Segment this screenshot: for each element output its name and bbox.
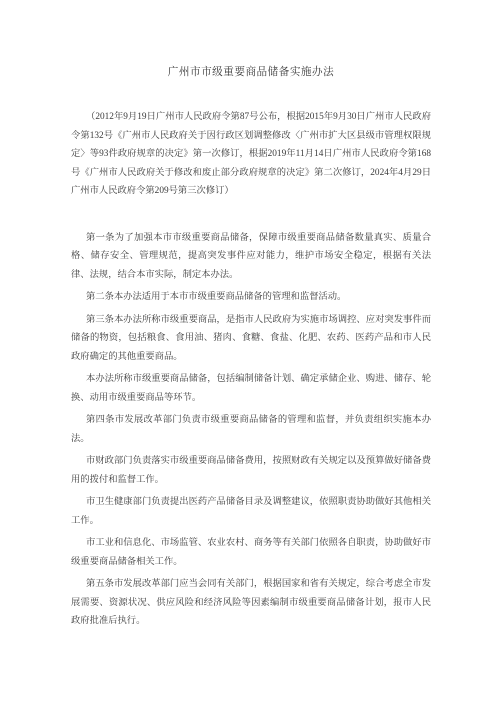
- article-4-other-departments: 市工业和信息化、市场监管、农业农村、商务等有关部门依照各自职责，协助做好市级重要…: [71, 534, 431, 571]
- article-4-health: 市卫生健康部门负责提出医药产品储备目录及调整建议，依照职责协助做好其他相关工作。: [71, 493, 431, 530]
- article-3-definition: 第三条本办法所称市级重要商品，是指市人民政府为实施市场调控、应对突发事件而储备的…: [71, 311, 431, 367]
- document-title: 广州市市级重要商品储备实施办法: [71, 66, 431, 80]
- preamble-revision-history: （2012年9月19日广州市人民政府令第87号公布，根据2015年9月30日广州…: [71, 108, 431, 201]
- blank-line: [71, 205, 431, 225]
- article-5-reserve-plan: 第五条市发展改革部门应当会同有关部门，根据国家和省有关规定，综合考虑全市发展需要…: [71, 575, 431, 631]
- article-4-finance: 市财政部门负责落实市级重要商品储备费用，按照财政有关规定以及预算做好储备费用的拨…: [71, 452, 431, 489]
- blank-line: [71, 84, 431, 104]
- article-1: 第一条为了加强本市市级重要商品储备，保障市级重要商品储备数量真实、质量合格、储存…: [71, 229, 431, 285]
- article-4-development-reform: 第四条市发展改革部门负责市级重要商品储备的管理和监督，并负责组织实施本办法。: [71, 411, 431, 448]
- article-3-scope: 本办法所称市级重要商品储备，包括编制储备计划、确定承储企业、购进、储存、轮换、动…: [71, 370, 431, 407]
- document-page: 广州市市级重要商品储备实施办法 （2012年9月19日广州市人民政府令第87号公…: [0, 0, 500, 707]
- article-2: 第二条本办法适用于本市市级重要商品储备的管理和监督活动。: [71, 288, 431, 307]
